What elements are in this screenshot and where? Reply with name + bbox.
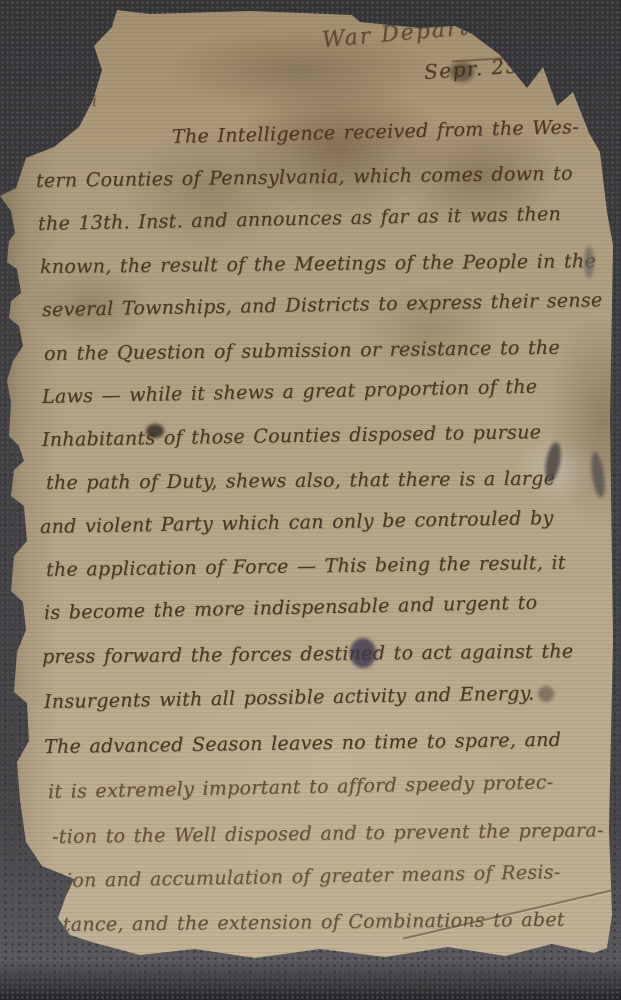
letter-line: is become the more indispensable and urg… <box>44 592 538 624</box>
ink-blot <box>146 424 164 438</box>
ink-blot <box>584 246 594 278</box>
letter-line: press forward the forces destined to act… <box>42 640 574 668</box>
ink-blot <box>538 686 554 702</box>
letter-line: it is extremely important to afford spee… <box>48 771 554 803</box>
letter-line: -tion to the Well disposed and to preven… <box>52 819 604 848</box>
letter-line: The Intelligence received from the Wes- <box>172 116 579 148</box>
ink-blot <box>589 451 607 498</box>
ink-blot-on-date <box>450 62 474 82</box>
letter-line: several Townships, and Districts to expr… <box>42 289 603 321</box>
letter-line: -tance, and the extension of Combination… <box>56 909 565 936</box>
letter-line: known, the result of the Meetings of the… <box>40 250 596 278</box>
letter-line: on the Question of submission or resista… <box>44 337 560 365</box>
letter-line: Insurgents with all possible activity an… <box>44 682 535 713</box>
ink-blot <box>350 638 376 668</box>
manuscript-scan: War Department Sepr. 25th 1794 i The Int… <box>0 0 621 1000</box>
letter-line: Laws — while it shews a great proportion… <box>42 376 538 408</box>
letter-line: Inhabitants of those Counties disposed t… <box>42 421 542 451</box>
letter-line: and violent Party which can only be cont… <box>40 507 554 538</box>
letter-line: the 13th. Inst. and announces as far as … <box>38 203 561 235</box>
letter-sheet: War Department Sepr. 25th 1794 i The Int… <box>0 0 621 1000</box>
letter-line: the application of Force — This being th… <box>46 552 566 581</box>
letter-line: The advanced Season leaves no time to sp… <box>44 729 561 758</box>
letter-line: tion and accumulation of greater means o… <box>58 861 561 892</box>
letter-line: tern Counties of Pennsylvania, which com… <box>36 163 573 192</box>
ink-blot <box>543 441 564 483</box>
letter-line: the path of Duty, shews also, that there… <box>46 468 555 494</box>
